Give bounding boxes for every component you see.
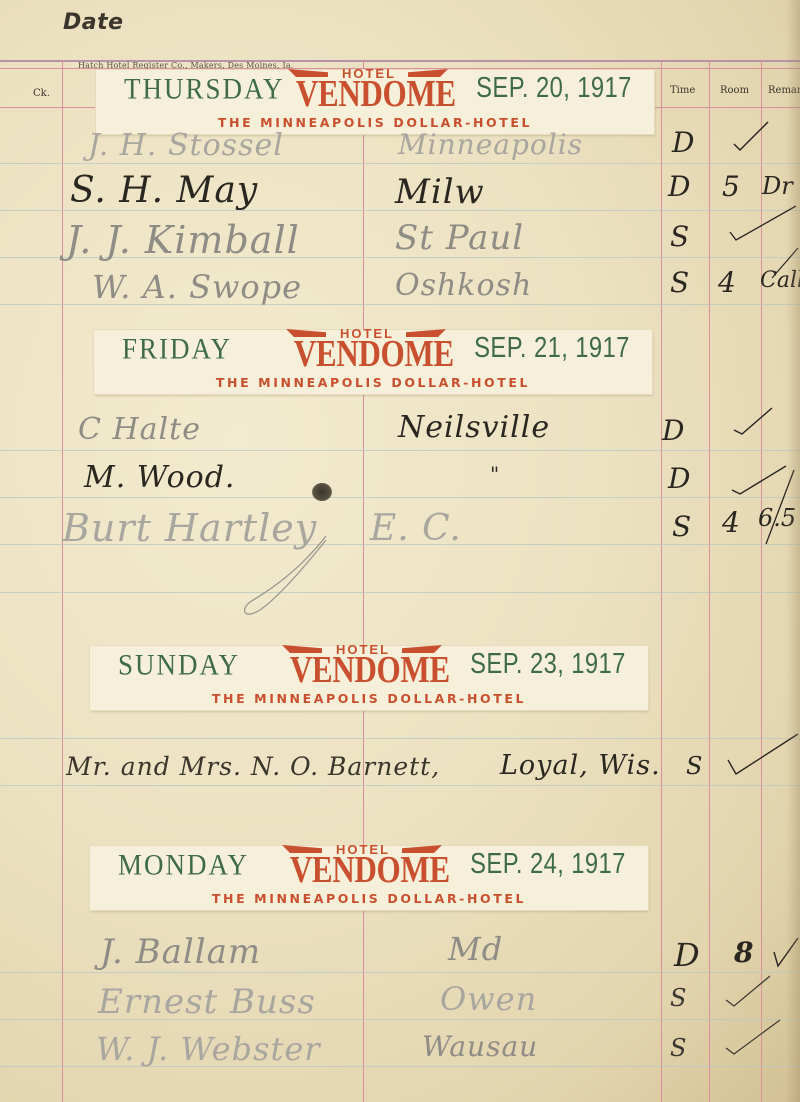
guest-name: Ernest Buss bbox=[98, 982, 316, 1022]
guest-name: Mr. and Mrs. N. O. Barnett, bbox=[66, 752, 440, 781]
check-mark-icon bbox=[730, 404, 774, 438]
room-number: 8 bbox=[734, 936, 753, 969]
label-day: MONDAY bbox=[118, 849, 249, 882]
guest-city: Owen bbox=[440, 980, 537, 1018]
label-tagline: THE MINNEAPOLIS DOLLAR-HOTEL bbox=[90, 891, 648, 906]
page-title: Date bbox=[63, 10, 124, 35]
guest-city: Wausau bbox=[422, 1030, 538, 1063]
time-mark: D bbox=[672, 126, 694, 159]
guest-name: M. Wood. bbox=[84, 460, 235, 495]
hotel-vendome-logo: HOTEL VENDOME bbox=[278, 326, 454, 372]
room-number: 4 bbox=[722, 506, 740, 539]
hotel-register-page: Date Hatch Hotel Register Co., Makers, D… bbox=[0, 0, 800, 1102]
guest-city: E. C. bbox=[370, 508, 462, 549]
label-date: SEP. 21, 1917 bbox=[474, 332, 630, 365]
room-number: 4 bbox=[718, 266, 736, 299]
row-rule bbox=[0, 163, 800, 164]
guest-name: J. Ballam bbox=[100, 932, 261, 972]
column-rule bbox=[661, 60, 662, 1102]
page-edge-shadow bbox=[786, 0, 800, 1102]
guest-name: S. H. May bbox=[70, 170, 258, 211]
time-mark: S bbox=[670, 1034, 686, 1062]
hotel-vendome-logo: HOTEL VENDOME bbox=[274, 842, 450, 888]
time-mark: D bbox=[662, 414, 684, 447]
guest-city: Neilsville bbox=[398, 410, 550, 445]
label-day: FRIDAY bbox=[122, 333, 232, 366]
time-mark: S bbox=[670, 984, 686, 1012]
ink-blot bbox=[312, 483, 332, 501]
label-date: SEP. 23, 1917 bbox=[470, 648, 626, 681]
guest-city: Loyal, Wis. bbox=[500, 750, 661, 781]
label-day: THURSDAY bbox=[124, 73, 285, 106]
row-rule bbox=[0, 785, 800, 786]
time-mark: S bbox=[686, 752, 702, 780]
time-mark: D bbox=[668, 462, 690, 495]
label-date: SEP. 24, 1917 bbox=[470, 848, 626, 881]
maker-imprint: Hatch Hotel Register Co., Makers, Des Mo… bbox=[78, 61, 294, 70]
label-date: SEP. 20, 1917 bbox=[476, 72, 632, 105]
guest-city: Oshkosh bbox=[395, 268, 532, 303]
date-label-friday: FRIDAY HOTEL VENDOME SEP. 21, 1917 THE M… bbox=[94, 330, 652, 394]
guest-name: J. J. Kimball bbox=[66, 218, 300, 262]
room-number: 5 bbox=[722, 170, 740, 203]
guest-name: J. H. Stossel bbox=[88, 128, 284, 163]
pencil-flourish bbox=[230, 530, 330, 620]
hotel-vendome-logo: HOTEL VENDOME bbox=[280, 66, 456, 112]
guest-name: W. J. Webster bbox=[96, 1030, 321, 1068]
row-rule bbox=[0, 450, 800, 451]
time-mark: S bbox=[670, 266, 689, 299]
column-header-ck: Ck. bbox=[33, 88, 50, 99]
column-header-room: Room bbox=[720, 85, 749, 96]
guest-city: St Paul bbox=[395, 218, 524, 258]
time-mark: D bbox=[674, 936, 700, 974]
time-mark: S bbox=[672, 510, 691, 543]
row-rule bbox=[0, 592, 800, 593]
date-label-monday: MONDAY HOTEL VENDOME SEP. 24, 1917 THE M… bbox=[90, 846, 648, 910]
time-mark: S bbox=[670, 220, 689, 253]
time-mark: D bbox=[668, 170, 690, 203]
guest-city: Md bbox=[448, 930, 503, 968]
check-mark-icon bbox=[722, 972, 772, 1012]
check-mark-icon bbox=[722, 1016, 782, 1060]
label-tagline: THE MINNEAPOLIS DOLLAR-HOTEL bbox=[94, 375, 652, 390]
column-header-time: Time bbox=[670, 85, 695, 96]
column-rule bbox=[709, 60, 710, 1102]
column-rule bbox=[363, 60, 364, 1102]
hotel-vendome-logo: HOTEL VENDOME bbox=[274, 642, 450, 688]
label-day: SUNDAY bbox=[118, 649, 240, 682]
check-mark-icon bbox=[730, 118, 770, 152]
date-label-sunday: SUNDAY HOTEL VENDOME SEP. 23, 1917 THE M… bbox=[90, 646, 648, 710]
guest-city: Minneapolis bbox=[398, 128, 583, 161]
column-rule bbox=[62, 60, 63, 1102]
row-rule bbox=[0, 738, 800, 739]
guest-name: C Halte bbox=[78, 412, 201, 447]
guest-city: Milw bbox=[395, 172, 485, 212]
guest-city: " bbox=[490, 462, 500, 486]
guest-name: W. A. Swope bbox=[92, 268, 302, 306]
row-rule bbox=[0, 497, 800, 498]
label-tagline: THE MINNEAPOLIS DOLLAR-HOTEL bbox=[90, 691, 648, 706]
date-label-thursday: THURSDAY HOTEL VENDOME SEP. 20, 1917 THE… bbox=[96, 70, 654, 134]
